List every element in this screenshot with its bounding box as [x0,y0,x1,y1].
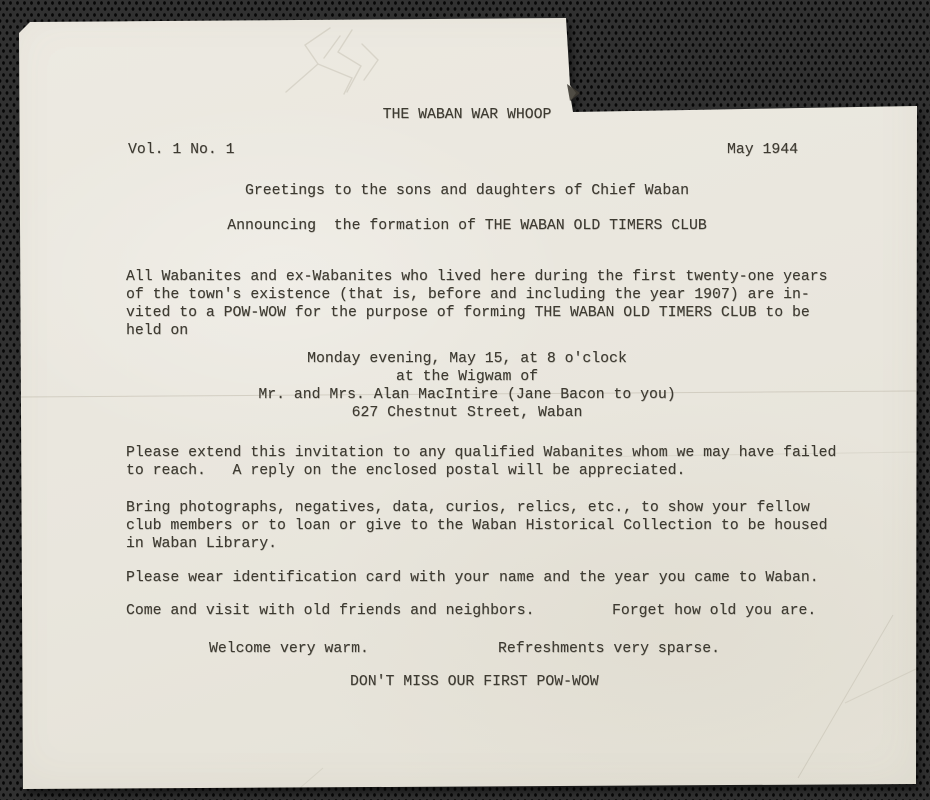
document-paper: THE WABAN WAR WHOOP Vol. 1 No. 1 May 194… [0,0,930,800]
scan-background: THE WABAN WAR WHOOP Vol. 1 No. 1 May 194… [0,0,930,800]
visit-note: Come and visit with old friends and neig… [126,602,534,620]
identification-note: Please wear identification card with you… [126,569,819,587]
greeting-line: Greetings to the sons and daughters of C… [2,182,930,200]
refreshments-note: Refreshments very sparse. [498,640,720,658]
event-details-block: Monday evening, May 15, at 8 o'clock at … [2,350,930,422]
document-title: THE WABAN WAR WHOOP [2,106,930,124]
bring-items-note: Bring photographs, negatives, data, curi… [126,499,828,553]
issue-date: May 1944 [727,141,798,159]
announcement-line: Announcing the formation of THE WABAN OL… [2,217,930,235]
forget-note: Forget how old you are. [612,602,816,620]
volume-number: Vol. 1 No. 1 [128,141,235,159]
invitation-paragraph: All Wabanites and ex-Wabanites who lived… [126,268,828,340]
paper-shadow: THE WABAN WAR WHOOP Vol. 1 No. 1 May 194… [0,0,930,800]
extend-invitation-note: Please extend this invitation to any qua… [126,444,836,480]
closing-line: DON'T MISS OUR FIRST POW-WOW [350,673,599,691]
welcome-note: Welcome very warm. [209,640,369,658]
